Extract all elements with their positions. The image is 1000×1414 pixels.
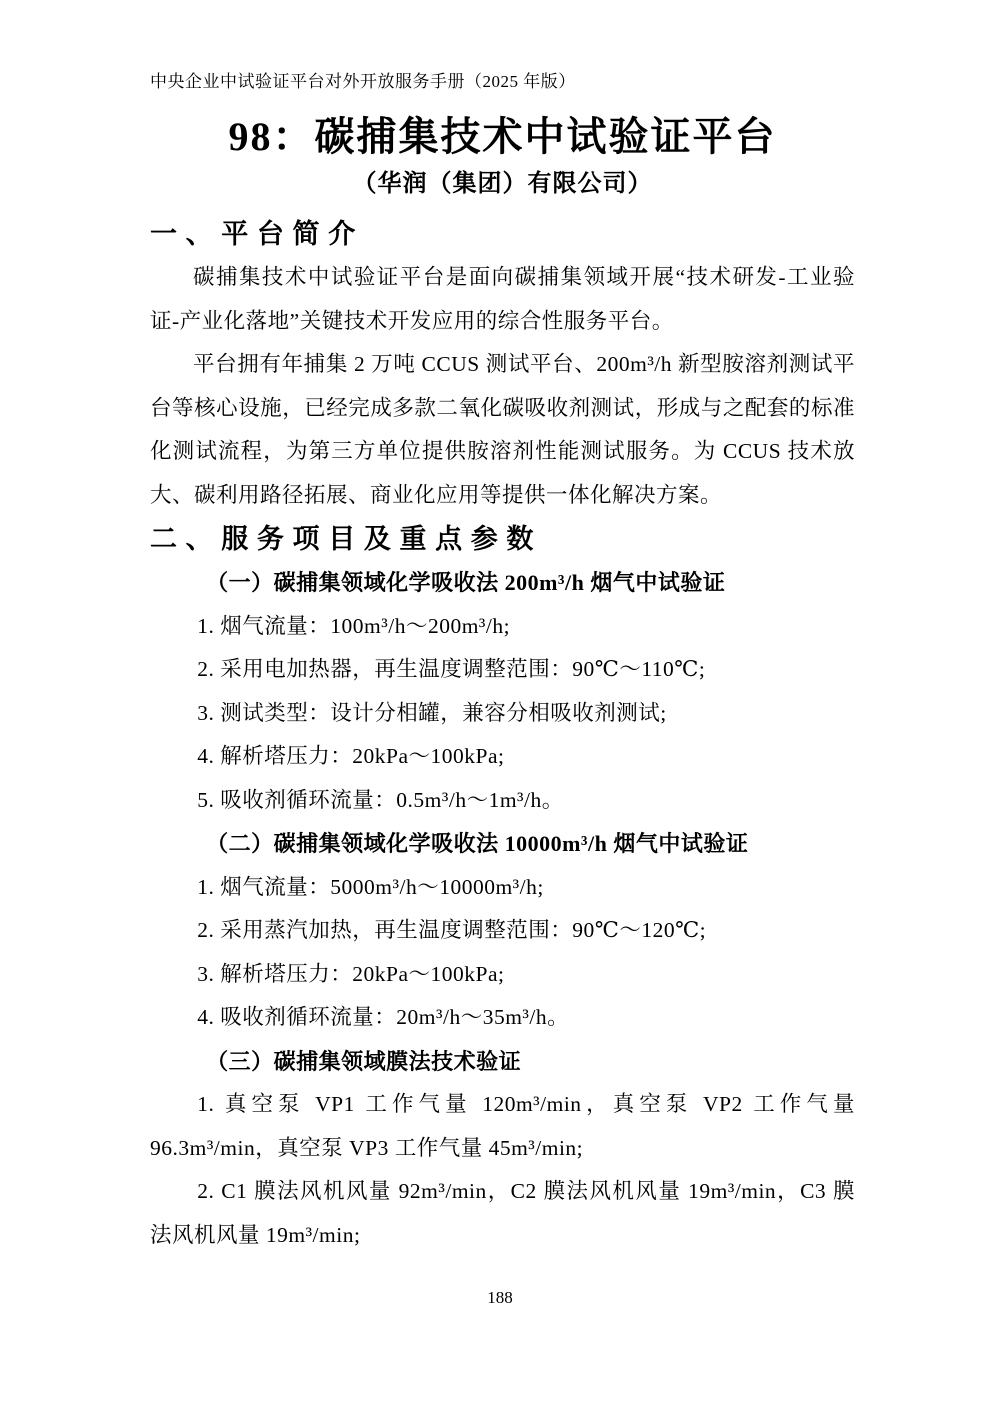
document-header: 中央企业中试验证平台对外开放服务手册（2025 年版） [150,70,855,94]
page-number: 188 [0,1286,1000,1310]
list-item: 1. 烟气流量：5000m³/h～10000m³/h; [150,866,855,910]
intro-paragraph-1: 碳捕集技术中试验证平台是面向碳捕集领域开展“技术研发-工业验证-产业化落地”关键… [150,256,855,343]
list-item: 3. 测试类型：设计分相罐，兼容分相吸收剂测试; [150,692,855,736]
subsection-title-1: （一）碳捕集领域化学吸收法 200m³/h 烟气中试验证 [150,561,855,605]
list-item: 4. 吸收剂循环流量：20m³/h～35m³/h。 [150,996,855,1040]
page-title: 98：碳捕集技术中试验证平台 [150,110,855,164]
section-heading-services: 二、服务项目及重点参数 [150,517,855,561]
list-item: 4. 解析塔压力：20kPa～100kPa; [150,735,855,779]
intro-paragraph-2: 平台拥有年捕集 2 万吨 CCUS 测试平台、200m³/h 新型胺溶剂测试平台… [150,343,855,517]
subsection-title-2: （二）碳捕集领域化学吸收法 10000m³/h 烟气中试验证 [150,822,855,866]
list-item: 1. 烟气流量：100m³/h～200m³/h; [150,605,855,649]
page-subtitle: （华润（集团）有限公司） [150,166,855,202]
list-item: 5. 吸收剂循环流量：0.5m³/h～1m³/h。 [150,779,855,823]
subsection-title-3: （三）碳捕集领域膜法技术验证 [150,1040,855,1084]
list-item: 1. 真空泵 VP1 工作气量 120m³/min，真空泵 VP2 工作气量 9… [150,1083,855,1170]
content-area: 中央企业中试验证平台对外开放服务手册（2025 年版） 98：碳捕集技术中试验证… [150,0,855,1257]
list-item: 2. 采用蒸汽加热，再生温度调整范围：90℃～120℃; [150,909,855,953]
list-item: 2. C1 膜法风机风量 92m³/min，C2 膜法风机风量 19m³/min… [150,1170,855,1257]
list-item: 2. 采用电加热器，再生温度调整范围：90℃～110℃; [150,648,855,692]
list-item: 3. 解析塔压力：20kPa～100kPa; [150,953,855,997]
document-page: 中央企业中试验证平台对外开放服务手册（2025 年版） 98：碳捕集技术中试验证… [0,0,1000,1414]
section-heading-intro: 一、平台简介 [150,212,855,256]
